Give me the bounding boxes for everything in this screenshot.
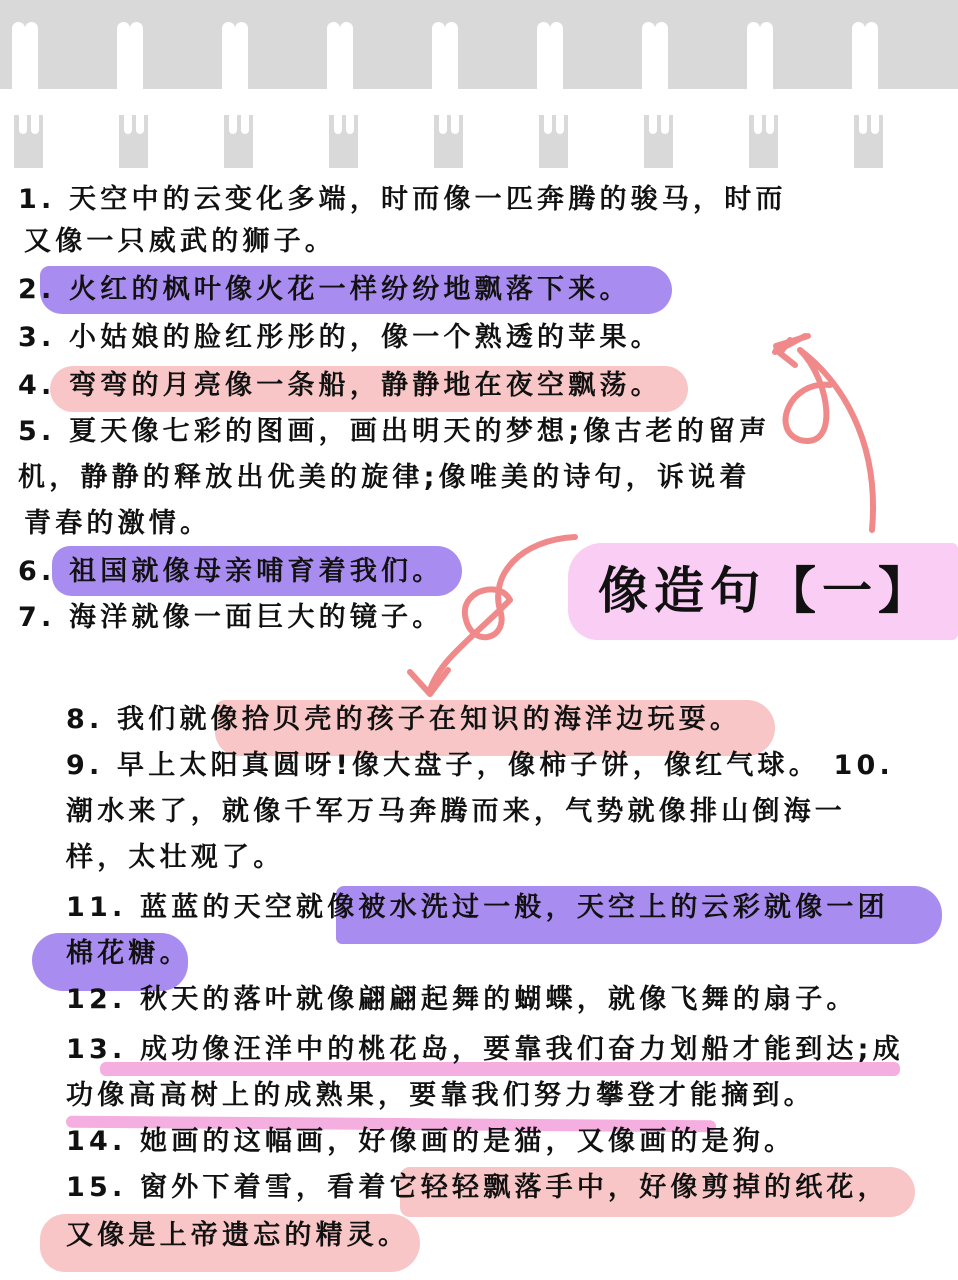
binder-slot: [655, 22, 668, 90]
binder-tab: [224, 115, 253, 168]
sentence-line: 2. 火红的枫叶像火花一样纷纷地飘落下来。: [18, 270, 631, 310]
sentence-line: 7. 海洋就像一面巨大的镜子。: [18, 598, 443, 638]
sentence-line: 14. 她画的这幅画，好像画的是猫，又像画的是狗。: [66, 1122, 795, 1162]
binder-slot: [25, 22, 38, 90]
sentence-line: 8. 我们就像拾贝壳的孩子在知识的海洋边玩耍。: [66, 700, 741, 740]
sentence-line: 3. 小姑娘的脸红彤彤的，像一个熟透的苹果。: [18, 318, 662, 358]
binder-slot: [327, 22, 340, 90]
binder-tab: [434, 115, 463, 168]
sentence-line: 又像一只威武的狮子。: [24, 222, 336, 262]
binder-slot: [340, 22, 353, 90]
binder-tab: [644, 115, 673, 168]
binder-slot: [117, 22, 130, 90]
binder-slot: [12, 22, 25, 90]
sentence-line: 又像是上帝遗忘的精灵。: [66, 1216, 409, 1256]
binder-slot: [642, 22, 655, 90]
sentence-line: 棉花糖。: [66, 934, 191, 974]
sentence-line: 12. 秋天的落叶就像翩翩起舞的蝴蝶，就像飞舞的扇子。: [66, 980, 858, 1020]
binder-slot: [537, 22, 550, 90]
binder-tab: [329, 115, 358, 168]
binder-slot: [760, 22, 773, 90]
sentence-line: 6. 祖国就像母亲哺育着我们。: [18, 552, 443, 592]
binder-slot: [235, 22, 248, 90]
binder-slot: [445, 22, 458, 90]
curved-arrow-up-icon: [786, 350, 873, 530]
binder-slot: [222, 22, 235, 90]
page-title: 像造句【一】: [598, 556, 934, 626]
binder-tab: [119, 115, 148, 168]
binder-slot: [865, 22, 878, 90]
sentence-line: 11. 蓝蓝的天空就像被水洗过一般，天空上的云彩就像一团: [66, 888, 889, 928]
sentence-line: 4. 弯弯的月亮像一条船，静静地在夜空飘荡。: [18, 366, 662, 406]
sentence-line: 1. 天空中的云变化多端，时而像一匹奔腾的骏马，时而: [18, 180, 787, 220]
sentence-line: 机，静静的释放出优美的旋律;像唯美的诗句，诉说着: [18, 458, 751, 498]
sentence-line: 5. 夏天像七彩的图画，画出明天的梦想;像古老的留声: [18, 412, 770, 452]
sentence-line: 样，太壮观了。: [66, 838, 284, 878]
sentence-line: 潮水来了，就像千军万马奔腾而来，气势就像排山倒海一: [66, 792, 846, 832]
binder-header-band: [0, 0, 958, 89]
binder-slot: [130, 22, 143, 90]
sentence-line: 青春的激情。: [24, 504, 211, 544]
sentence-line: 15. 窗外下着雪，看着它轻轻飘落手中，好像剪掉的纸花，: [66, 1168, 889, 1208]
binder-slot: [747, 22, 760, 90]
binder-slot: [550, 22, 563, 90]
binder-tab: [539, 115, 568, 168]
binder-tab: [854, 115, 883, 168]
sentence-line: 13. 成功像汪洋中的桃花岛，要靠我们奋力划船才能到达;成: [66, 1030, 904, 1070]
binder-tab: [14, 115, 43, 168]
sentence-line: 功像高高树上的成熟果，要靠我们努力攀登才能摘到。: [66, 1076, 815, 1116]
binder-slot: [432, 22, 445, 90]
binder-slot: [852, 22, 865, 90]
binder-tab: [749, 115, 778, 168]
sentence-line: 9. 早上太阳真圆呀!像大盘子，像柿子饼，像红气球。 10.: [66, 746, 894, 786]
